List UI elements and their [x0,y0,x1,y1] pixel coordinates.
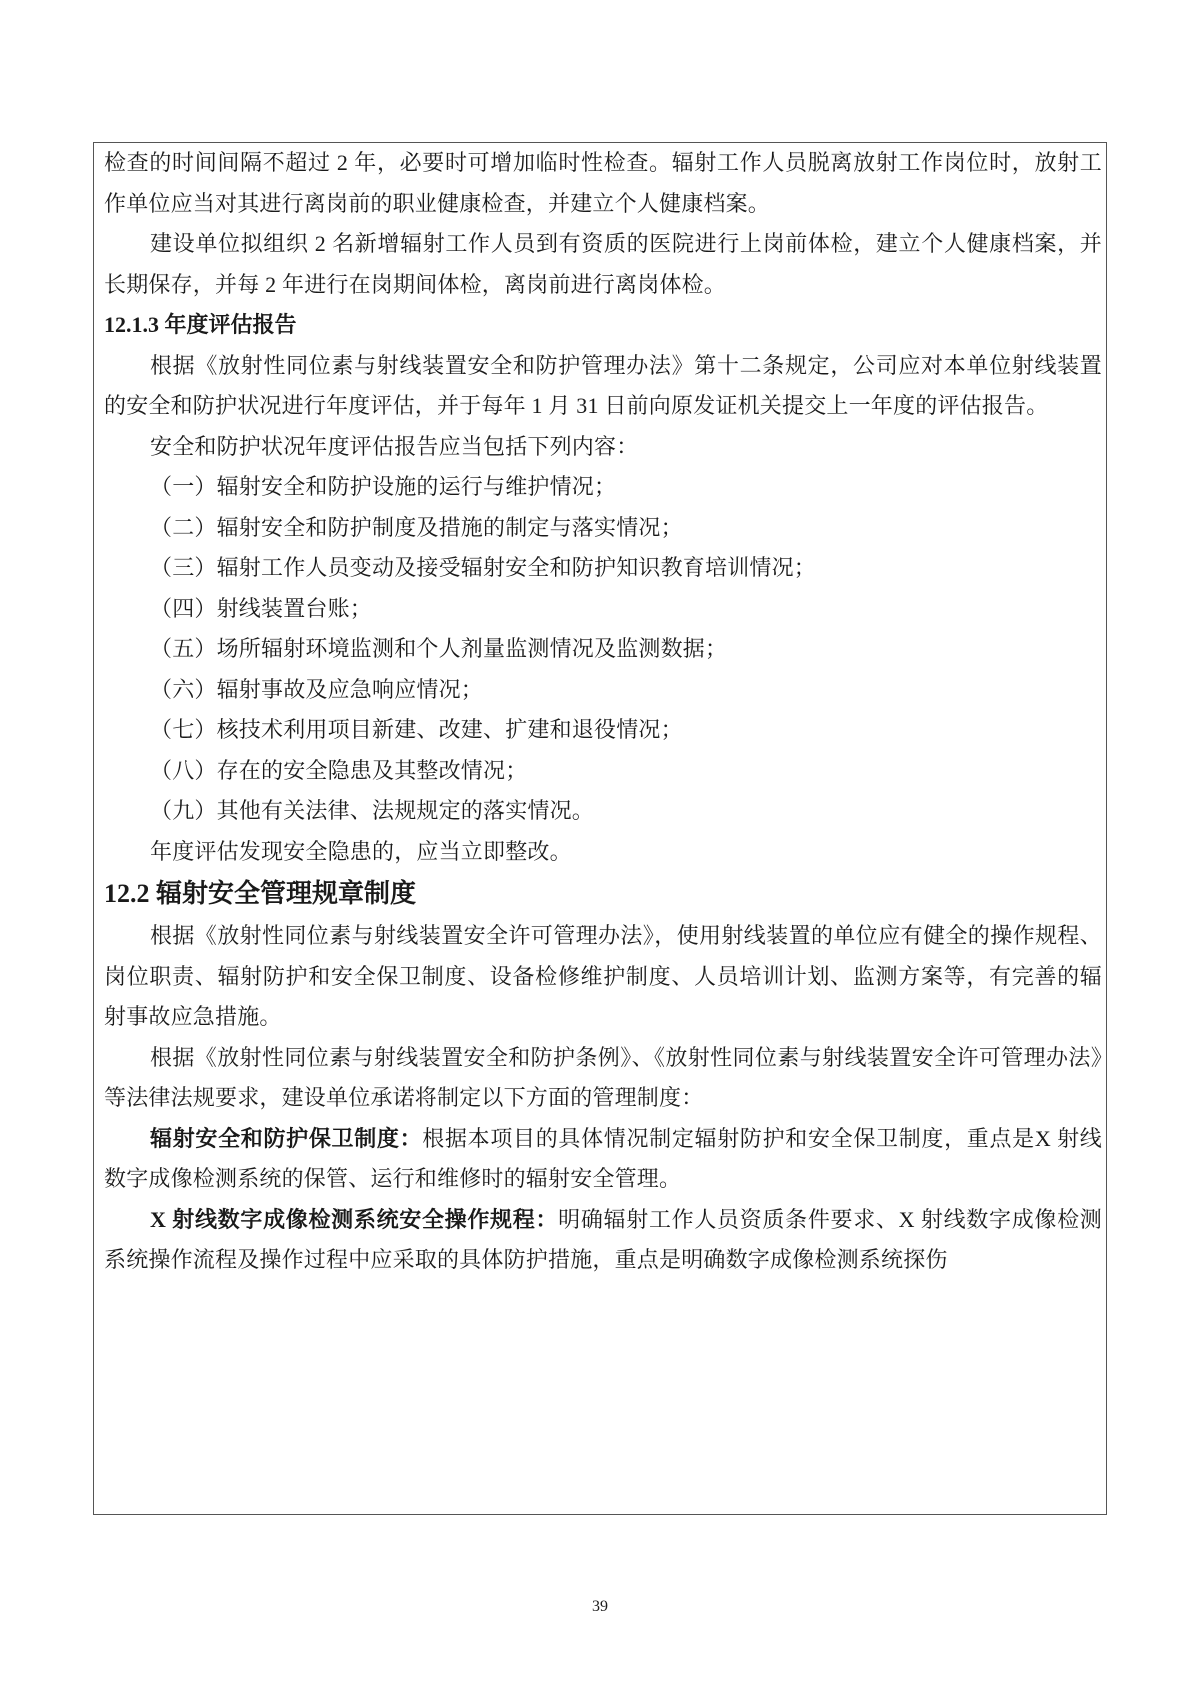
list-item: （一）辐射安全和防护设施的运行与维护情况； [104,467,1102,508]
paragraph: 安全和防护状况年度评估报告应当包括下列内容： [104,427,1102,468]
paragraph: 检查的时间间隔不超过 2 年，必要时可增加临时性检查。辐射工作人员脱离放射工作岗… [104,143,1102,224]
paragraph: 根据《放射性同位素与射线装置安全许可管理办法》，使用射线装置的单位应有健全的操作… [104,916,1102,1038]
section-heading-12-2: 12.2 辐射安全管理规章制度 [104,872,1102,916]
page-number: 39 [0,1598,1200,1616]
paragraph: 建设单位拟组织 2 名新增辐射工作人员到有资质的医院进行上岗前体检，建立个人健康… [104,224,1102,305]
list-item: （九）其他有关法律、法规规定的落实情况。 [104,791,1102,832]
list-item: （二）辐射安全和防护制度及措施的制定与落实情况； [104,508,1102,549]
paragraph: 年度评估发现安全隐患的，应当立即整改。 [104,832,1102,873]
list-item: （三）辐射工作人员变动及接受辐射安全和防护知识教育培训情况； [104,548,1102,589]
list-item: （八）存在的安全隐患及其整改情况； [104,751,1102,792]
document-body: 检查的时间间隔不超过 2 年，必要时可增加临时性检查。辐射工作人员脱离放射工作岗… [104,143,1102,1281]
list-item: （七）核技术利用项目新建、改建、扩建和退役情况； [104,710,1102,751]
paragraph: 辐射安全和防护保卫制度：根据本项目的具体情况制定辐射防护和安全保卫制度，重点是X… [104,1119,1102,1200]
term-label: X 射线数字成像检测系统安全操作规程： [150,1207,558,1232]
list-item: （四）射线装置台账； [104,589,1102,630]
paragraph: 根据《放射性同位素与射线装置安全和防护管理办法》第十二条规定，公司应对本单位射线… [104,346,1102,427]
paragraph: X 射线数字成像检测系统安全操作规程：明确辐射工作人员资质条件要求、X 射线数字… [104,1200,1102,1281]
paragraph: 根据《放射性同位素与射线装置安全和防护条例》、《放射性同位素与射线装置安全许可管… [104,1038,1102,1119]
list-item: （六）辐射事故及应急响应情况； [104,670,1102,711]
report-contents-list: （一）辐射安全和防护设施的运行与维护情况； （二）辐射安全和防护制度及措施的制定… [104,467,1102,832]
term-label: 辐射安全和防护保卫制度： [150,1126,422,1151]
list-item: （五）场所辐射环境监测和个人剂量监测情况及监测数据； [104,629,1102,670]
section-heading-12-1-3: 12.1.3 年度评估报告 [104,305,1102,346]
